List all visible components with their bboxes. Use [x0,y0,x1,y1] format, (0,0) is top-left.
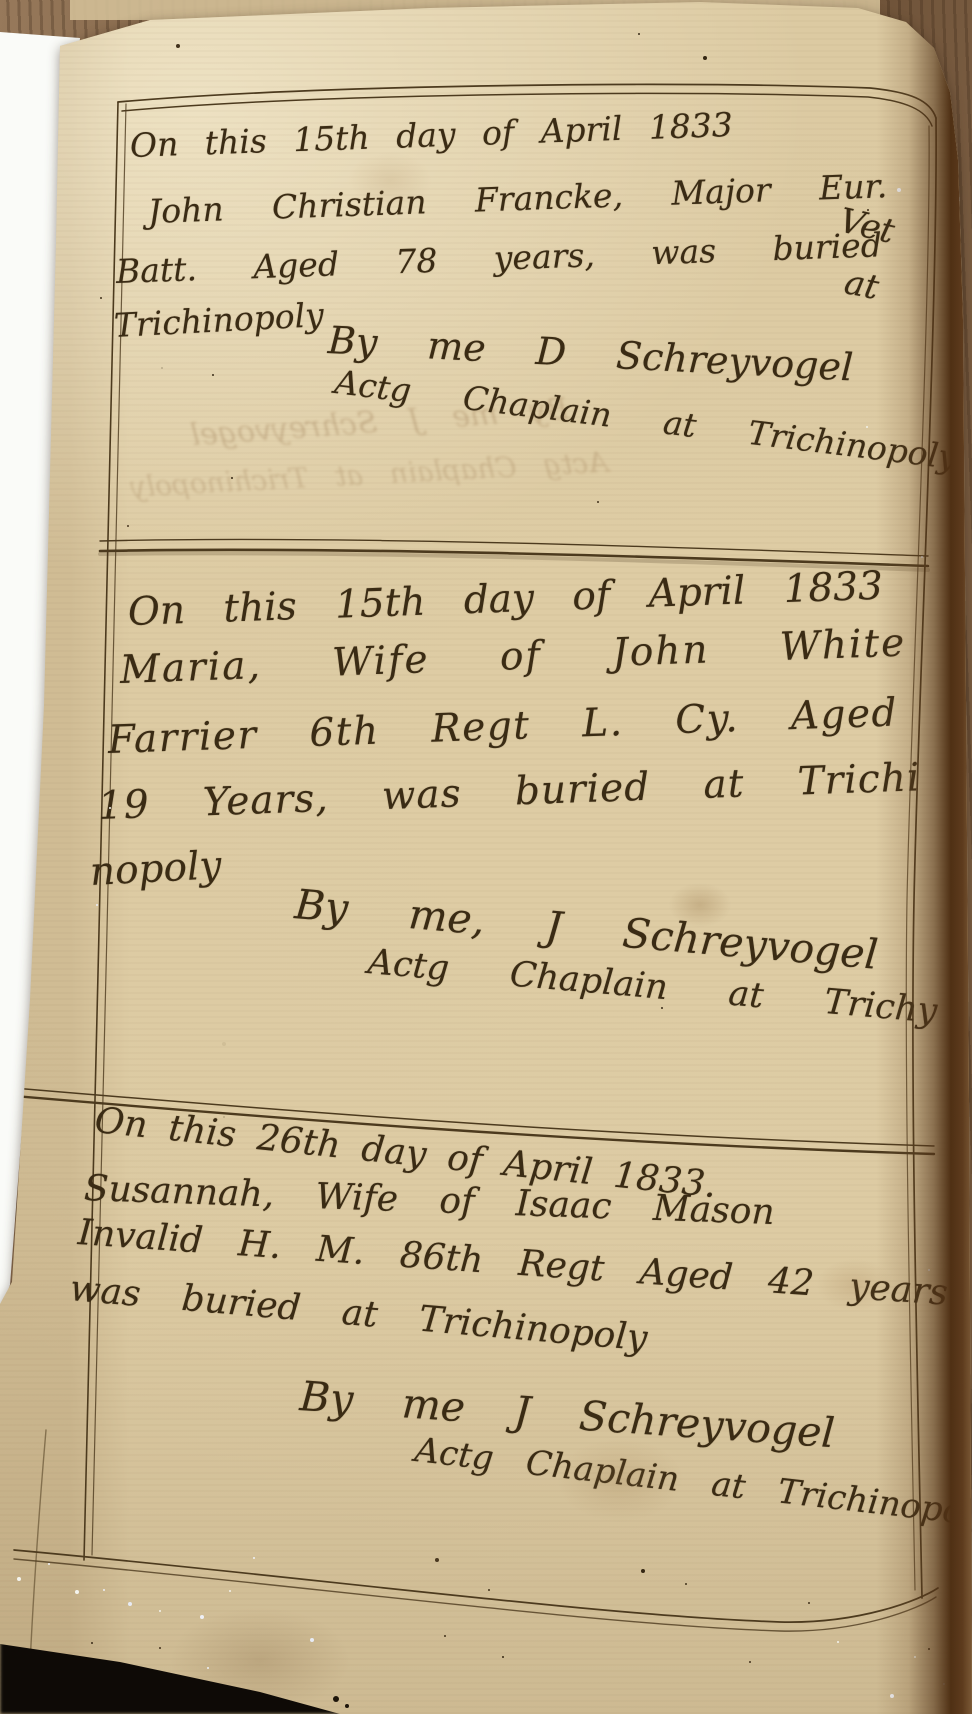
register-photo: By me J Schreyvogel Actg Chaplain at Tri… [0,0,972,1714]
entry2-place-overflow: nopoly [89,843,223,895]
paper-holes-specks [0,0,4,4]
register-page: By me J Schreyvogel Actg Chaplain at Tri… [0,0,972,1714]
binding-gutter-shadow [876,0,972,1714]
register-page-wrap: By me J Schreyvogel Actg Chaplain at Tri… [0,0,972,1714]
ink-specks [0,0,4,4]
